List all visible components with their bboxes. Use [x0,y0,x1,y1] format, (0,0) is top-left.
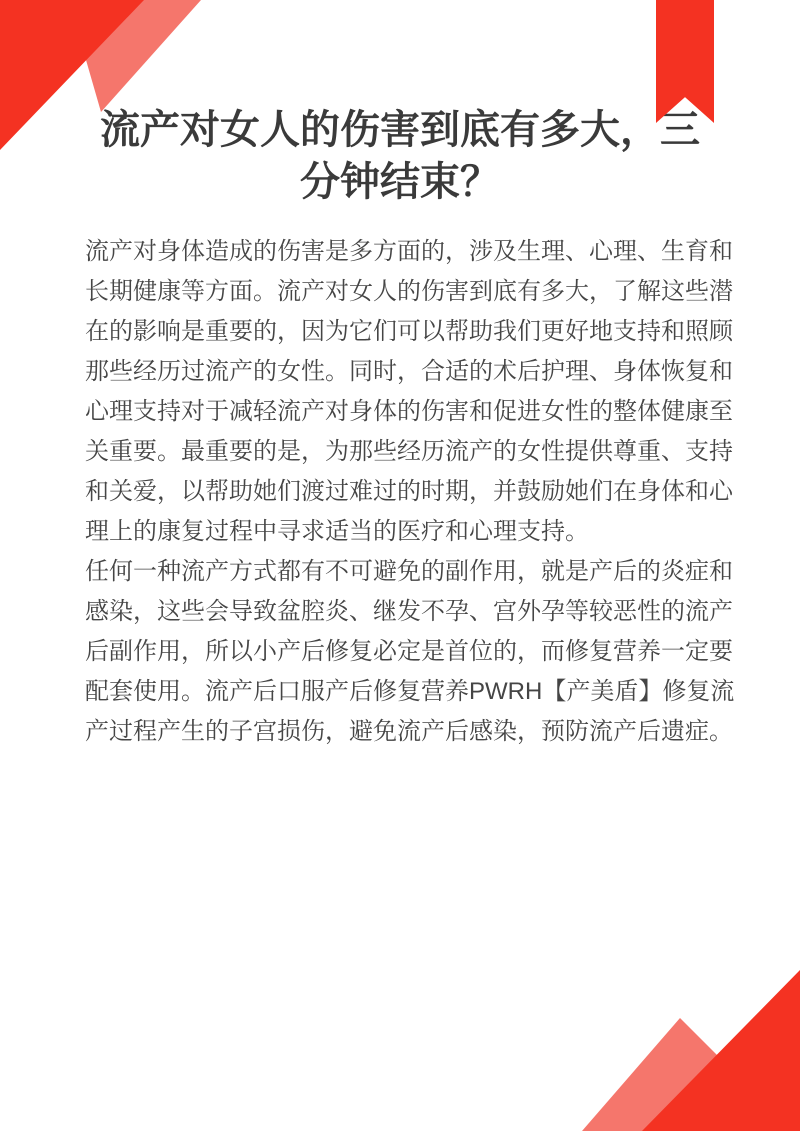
corner-band-top-left-icon [0,0,210,116]
article-body: 流产对身体造成的伤害是多方面的，涉及生理、心理、生育和长期健康等方面。流产对女人… [85,232,733,752]
corner-band-bottom-right-icon [580,1016,726,1131]
body-text-line: 理上的康复过程中寻求适当的医疗和心理支持。 [85,512,733,552]
body-text-line: 流产对身体造成的伤害是多方面的，涉及生理、心理、生育和 [85,232,733,272]
body-text-line: 在的影响是重要的，因为它们可以帮助我们更好地支持和照顾 [85,312,733,352]
corner-triangle-bottom-right-icon [640,968,800,1131]
page-title: 流产对女人的伤害到底有多大，三 分钟结束？ [0,104,800,208]
body-text-line: 和关爱，以帮助她们渡过难过的时期，并鼓励她们在身体和心 [85,472,733,512]
paragraph: 流产对身体造成的伤害是多方面的，涉及生理、心理、生育和长期健康等方面。流产对女人… [85,232,733,552]
body-text-line: 配套使用。流产后口服产后修复营养PWRH【产美盾】修复流 [85,672,733,712]
body-text-line: 产过程产生的子宫损伤，避免流产后感染，预防流产后遗症。 [85,712,733,752]
body-text-line: 关重要。最重要的是，为那些经历流产的女性提供尊重、支持 [85,432,733,472]
body-text-line: 心理支持对于减轻流产对身体的伤害和促进女性的整体健康至 [85,392,733,432]
poster-page: 流产对女人的伤害到底有多大，三 分钟结束？ 流产对身体造成的伤害是多方面的，涉及… [0,0,800,1131]
body-text-line: 任何一种流产方式都有不可避免的副作用，就是产后的炎症和 [85,552,733,592]
body-text-line: 长期健康等方面。流产对女人的伤害到底有多大，了解这些潜 [85,272,733,312]
body-text-line: 后副作用，所以小产后修复必定是首位的，而修复营养一定要 [85,632,733,672]
paragraph: 任何一种流产方式都有不可避免的副作用，就是产后的炎症和感染，这些会导致盆腔炎、继… [85,552,733,752]
body-text-line: 感染，这些会导致盆腔炎、继发不孕、宫外孕等较恶性的流产 [85,592,733,632]
page-title-line: 分钟结束？ [0,156,800,208]
body-text-line: 那些经历过流产的女性。同时，合适的术后护理、身体恢复和 [85,352,733,392]
page-title-line: 流产对女人的伤害到底有多大，三 [0,104,800,156]
